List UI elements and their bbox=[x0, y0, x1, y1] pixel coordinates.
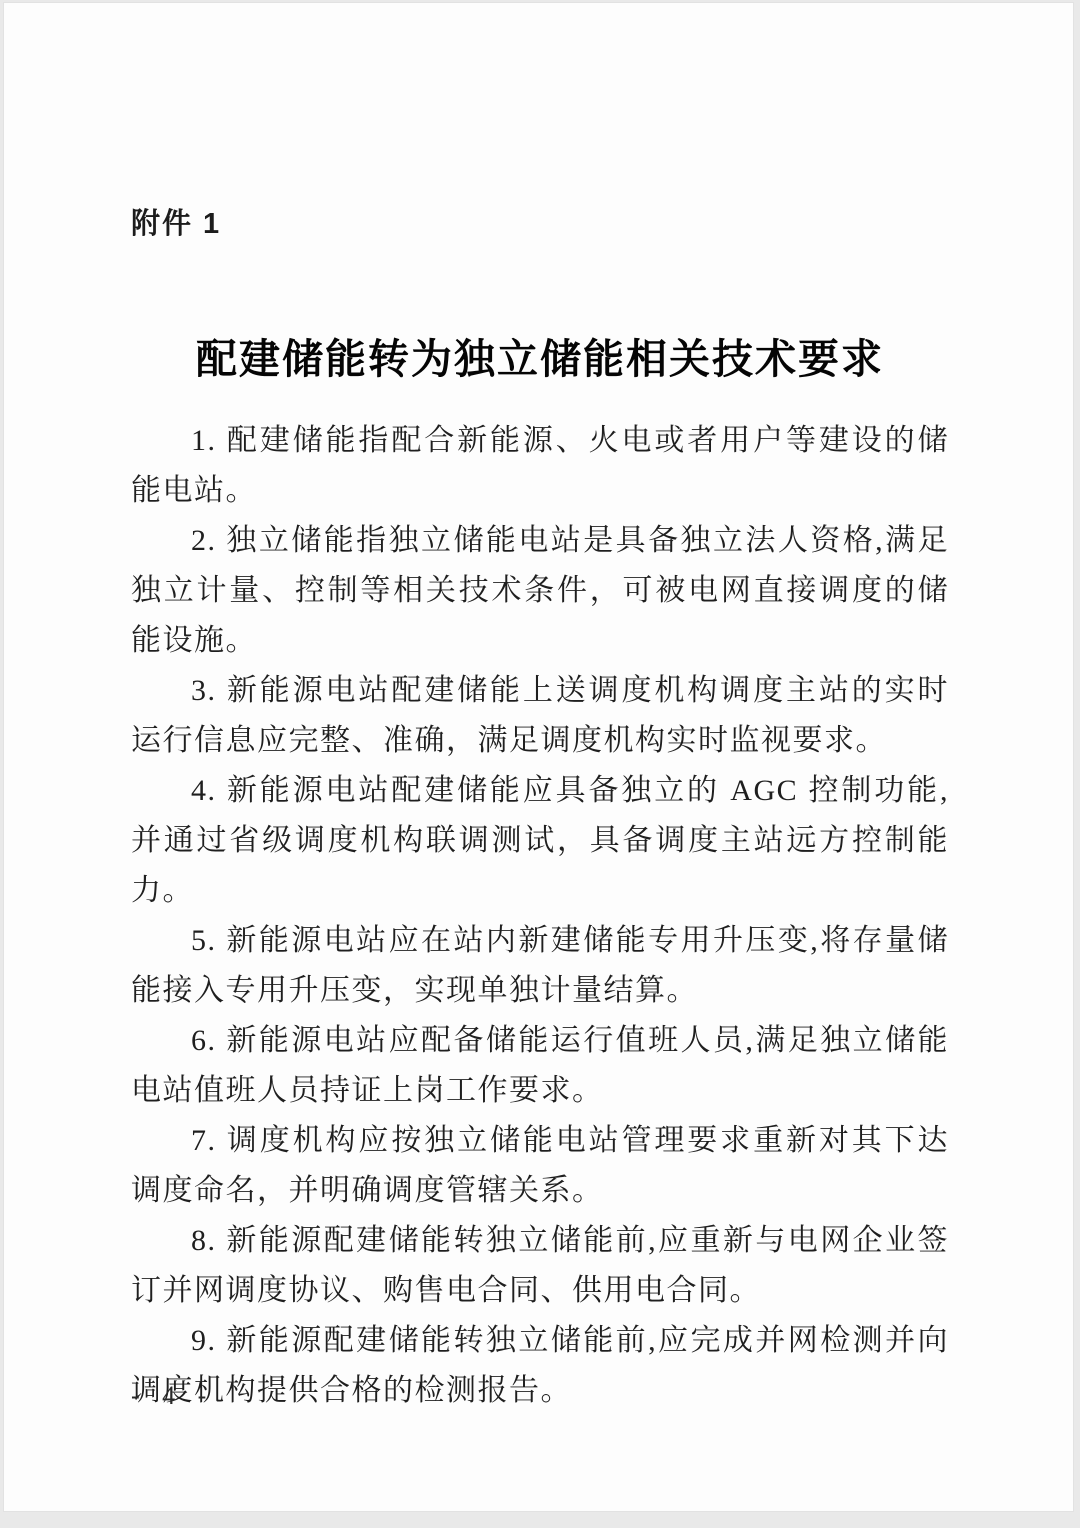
document-body: 1. 配建储能指配合新能源、火电或者用户等建设的储能电站。2. 独立储能指独立储… bbox=[131, 416, 949, 1416]
document-title: 配建储能转为独立储能相关技术要求 bbox=[131, 326, 949, 385]
document-page: 附件 1 配建储能转为独立储能相关技术要求 1. 配建储能指配合新能源、火电或者… bbox=[3, 2, 1074, 1512]
body-paragraph: 9. 新能源配建储能转独立储能前,应完成并网检测并向调度机构提供合格的检测报告。 bbox=[131, 1316, 949, 1416]
page-number: - 4 - bbox=[131, 1381, 214, 1411]
scanned-document-canvas: 附件 1 配建储能转为独立储能相关技术要求 1. 配建储能指配合新能源、火电或者… bbox=[0, 0, 1080, 1528]
body-paragraph: 4. 新能源电站配建储能应具备独立的 AGC 控制功能,并通过省级调度机构联调测… bbox=[131, 766, 949, 916]
attachment-label: 附件 1 bbox=[131, 201, 221, 242]
body-paragraph: 6. 新能源电站应配备储能运行值班人员,满足独立储能电站值班人员持证上岗工作要求… bbox=[131, 1016, 949, 1116]
body-paragraph: 7. 调度机构应按独立储能电站管理要求重新对其下达调度命名，并明确调度管辖关系。 bbox=[131, 1116, 949, 1216]
body-paragraph: 8. 新能源配建储能转独立储能前,应重新与电网企业签订并网调度协议、购售电合同、… bbox=[131, 1216, 949, 1316]
body-paragraph: 5. 新能源电站应在站内新建储能专用升压变,将存量储能接入专用升压变，实现单独计… bbox=[131, 916, 949, 1016]
body-paragraph: 3. 新能源电站配建储能上送调度机构调度主站的实时运行信息应完整、准确，满足调度… bbox=[131, 666, 949, 766]
body-paragraph: 2. 独立储能指独立储能电站是具备独立法人资格,满足独立计量、控制等相关技术条件… bbox=[131, 516, 949, 666]
body-paragraph: 1. 配建储能指配合新能源、火电或者用户等建设的储能电站。 bbox=[131, 416, 949, 516]
